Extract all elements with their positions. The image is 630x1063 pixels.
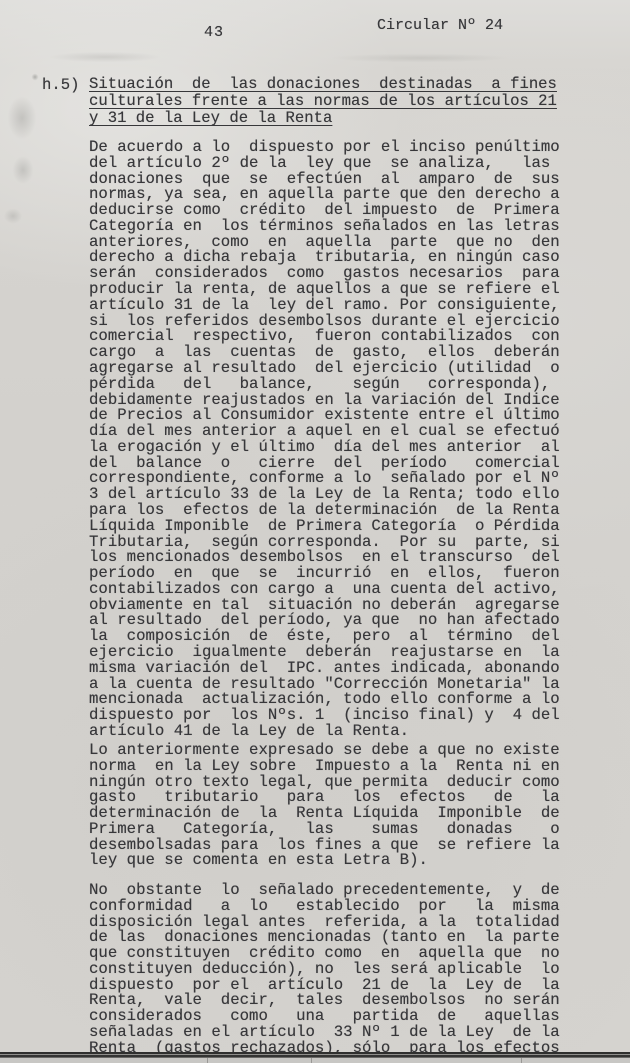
page-number: 43 — [204, 24, 224, 41]
paragraph-3: No obstante lo señalado precedentemente,… — [89, 883, 560, 1057]
scan-smudge — [30, 50, 180, 64]
scan-smudge — [30, 72, 40, 82]
document-reference: Circular Nº 24 — [377, 17, 503, 34]
scan-edge-tick — [207, 1058, 208, 1063]
paragraph-2: Lo anteriormente expresado se debe a que… — [89, 743, 560, 869]
scan-smudge — [0, 205, 26, 227]
scan-smudge — [8, 150, 38, 190]
scanned-document-page: 43 Circular Nº 24 h.5) Situación de las … — [0, 0, 630, 1063]
scan-edge-tick — [311, 1058, 312, 1063]
section-label: h.5) — [42, 76, 79, 94]
paragraph-1: De acuerdo a lo dispuesto por el inciso … — [89, 140, 560, 740]
scan-smudge — [2, 88, 42, 148]
scan-edge-tick — [521, 1058, 522, 1063]
section-title: Situación de las donaciones destinadas a… — [89, 76, 557, 128]
scan-bottom-strip — [0, 1058, 630, 1063]
scan-smudge — [300, 52, 540, 64]
